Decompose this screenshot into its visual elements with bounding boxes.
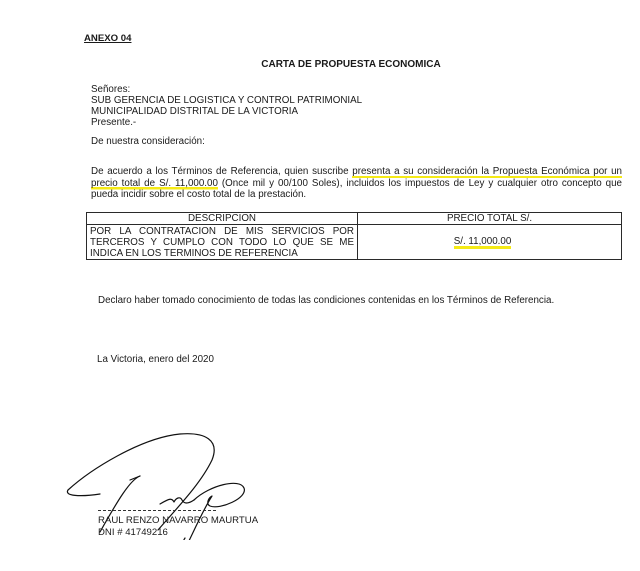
- description-line: INDICA EN LOS TERMINOS DE REFERENCIA: [90, 248, 354, 259]
- paragraph-text: (Once mil y 00/100 Soles), incluidos los…: [218, 178, 622, 189]
- header-total-price: PRECIO TOTAL S/.: [358, 213, 622, 225]
- addressee-presente: Presente.-: [91, 117, 362, 128]
- greeting: De nuestra consideración:: [91, 136, 205, 147]
- signer-name: RAUL RENZO NAVARRO MAURTUA: [98, 515, 258, 526]
- paragraph-line-2: precio total de S/. 11,000.00 (Once mil …: [91, 178, 622, 190]
- signer-dni: DNI # 41749216: [98, 527, 168, 538]
- declaration-text: Declaro haber tomado conocimiento de tod…: [98, 295, 554, 306]
- paragraph-line-1: De acuerdo a los Términos de Referencia,…: [91, 166, 622, 178]
- annex-label: ANEXO 04: [84, 33, 131, 44]
- header-description: DESCRIPCION: [87, 213, 358, 225]
- proposal-paragraph: De acuerdo a los Términos de Referencia,…: [91, 166, 622, 201]
- paragraph-text: De acuerdo a los Términos de Referencia,…: [91, 166, 352, 177]
- table-row: POR LA CONTRATACION DE MIS SERVICIOS POR…: [87, 225, 622, 260]
- price-table: DESCRIPCION PRECIO TOTAL S/. POR LA CONT…: [86, 212, 622, 260]
- addressee-department: SUB GERENCIA DE LOGISTICA Y CONTROL PATR…: [91, 95, 362, 106]
- signature-line: [98, 510, 216, 511]
- description-line: TERCEROS Y CUMPLO CON TODO LO QUE SE ME: [90, 237, 354, 248]
- highlighted-text: presenta a su consideración la Propuesta…: [352, 166, 622, 178]
- description-line: POR LA CONTRATACION DE MIS SERVICIOS POR: [90, 226, 354, 237]
- price-cell: S/. 11,000.00: [358, 225, 622, 260]
- place-date: La Victoria, enero del 2020: [97, 354, 214, 365]
- salutation: Señores:: [91, 84, 362, 95]
- highlighted-price-text: precio total de S/. 11,000.00: [91, 178, 218, 190]
- paragraph-line-3: pueda incidir sobre el costo total de la…: [91, 189, 622, 201]
- table-header-row: DESCRIPCION PRECIO TOTAL S/.: [87, 213, 622, 225]
- price-value: S/. 11,000.00: [454, 236, 512, 249]
- addressee-block: Señores: SUB GERENCIA DE LOGISTICA Y CON…: [91, 84, 362, 128]
- addressee-municipality: MUNICIPALIDAD DISTRITAL DE LA VICTORIA: [91, 106, 362, 117]
- description-cell: POR LA CONTRATACION DE MIS SERVICIOS POR…: [87, 225, 358, 260]
- document-title: CARTA DE PROPUESTA ECONOMICA: [0, 59, 640, 70]
